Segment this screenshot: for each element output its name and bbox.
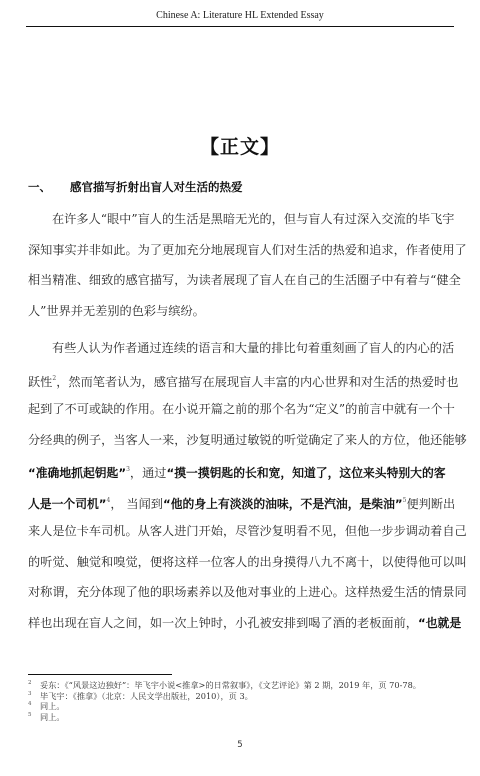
text-line: “准确地抓起钥匙”3，通过“摸一摸钥匙的长和宽，知道了，这位来头特别大的客 [28, 455, 454, 486]
text-segment: 跃性 [28, 375, 52, 389]
text-segment: ， 当闻到 [110, 497, 163, 511]
text-line: 跃性2，然而笔者认为，感官描写在展现盲人丰富的内心世界和对生活的热爱时也 [28, 364, 454, 395]
paragraph-2: 有些人认为作者通过连续的语言和大量的排比句着重刻画了盲人的内心的活 跃性2，然而… [28, 333, 454, 638]
section-number: 一、 [28, 179, 70, 195]
footnote-mark: 4 [28, 699, 32, 710]
text-line: 来人是位卡车司机。从客人进门开始，尽管沙复明看不见，但他一步步调动着自己 [28, 516, 454, 547]
text-line: 深知事实并非如此。为了更加充分地展现盲人们对生活的热爱和追求，作者使用了 [28, 235, 454, 266]
page-header: Chinese A: Literature HL Extended Essay [26, 0, 454, 27]
text-segment: 样也出现在盲人之间，如一次上钟时，小孔被安排到喝了酒的老板面前， [28, 616, 418, 630]
footnote-item: 5 同上。 [28, 712, 458, 723]
footnote-item: 3 毕飞宇：《推拿》（北京：人民文学出版社，2010），页 3。 [28, 691, 458, 702]
text-line: 起到了不可或缺的作用。在小说开篇之前的那个名为“定义”的前言中就有一个十 [28, 394, 454, 425]
text-line: 对称谓，充分体现了他的职场素养以及他对事业的上进心。这样热爱生活的情景同 [28, 577, 454, 608]
footnote-text: 毕飞宇：《推拿》（北京：人民文学出版社，2010），页 3。 [40, 691, 253, 701]
footnote-mark: 2 [28, 678, 32, 689]
page-title: 【正文】 [0, 132, 480, 159]
text-line: 样也出现在盲人之间，如一次上钟时，小孔被安排到喝了酒的老板面前，“也就是 [28, 608, 454, 639]
footnote-item: 4 同上。 [28, 701, 458, 712]
header-title: Chinese A: Literature HL Extended Essay [26, 10, 454, 21]
text-line: 相当精准、细致的感官描写，为读者展现了盲人在自己的生活圈子中有着与“健全 [28, 265, 454, 296]
quote-bold: 人是一个司机” [28, 497, 107, 511]
text-segment: 便判断出 [406, 497, 455, 511]
paragraph-1: 在许多人“眼中”盲人的生活是黑暗无光的，但与盲人有过深入交流的毕飞宇 深知事实并… [28, 204, 454, 326]
quote-bold: “也就是 [418, 616, 461, 630]
text-line: 的听觉、触觉和嗅觉，便将这样一位客人的出身摸得八九不离十，以使得他可以叫 [28, 547, 454, 578]
footnote-item: 2 妥东：《“风景这边独好”：毕飞宇小说<推拿>的日常叙事》，《文艺评论》第 2… [28, 680, 458, 691]
text-line: 有些人认为作者通过连续的语言和大量的排比句着重刻画了盲人的内心的活 [28, 333, 454, 364]
text-line: 在许多人“眼中”盲人的生活是黑暗无光的，但与盲人有过深入交流的毕飞宇 [28, 204, 454, 235]
section-heading: 一、感官描写折射出盲人对生活的热爱 [28, 179, 243, 195]
text-line: 人是一个司机”4， 当闻到“他的身上有淡淡的油味，不是汽油，是柴油”5便判断出 [28, 486, 454, 517]
footnote-mark: 3 [28, 689, 32, 700]
footnote-mark: 5 [28, 710, 32, 721]
text-segment: ，通过 [130, 466, 167, 480]
quote-bold: “他的身上有淡淡的油味，不是汽油，是柴油” [163, 497, 403, 511]
footnote-text: 同上。 [40, 701, 65, 711]
text-line: 分经典的例子，当客人一来，沙复明通过敏锐的听觉确定了来人的方位，他还能够 [28, 425, 454, 456]
quote-bold: “准确地抓起钥匙” [28, 466, 126, 480]
footnotes: 2 妥东：《“风景这边独好”：毕飞宇小说<推拿>的日常叙事》，《文艺评论》第 2… [28, 680, 458, 722]
text-line: 人”世界并无差别的色彩与缤纷。 [28, 296, 454, 327]
section-heading-text: 感官描写折射出盲人对生活的热爱 [70, 180, 243, 194]
quote-bold: “摸一摸钥匙的长和宽，知道了，这位来头特别大的客 [166, 466, 445, 480]
page-number: 5 [0, 740, 480, 750]
footnote-divider [28, 674, 172, 675]
footnote-text: 妥东：《“风景这边独好”：毕飞宇小说<推拿>的日常叙事》，《文艺评论》第 2 期… [40, 680, 421, 690]
text-segment: ，然而笔者认为，感官描写在展现盲人丰富的内心世界和对生活的热爱时也 [56, 375, 458, 389]
footnote-text: 同上。 [40, 712, 65, 722]
